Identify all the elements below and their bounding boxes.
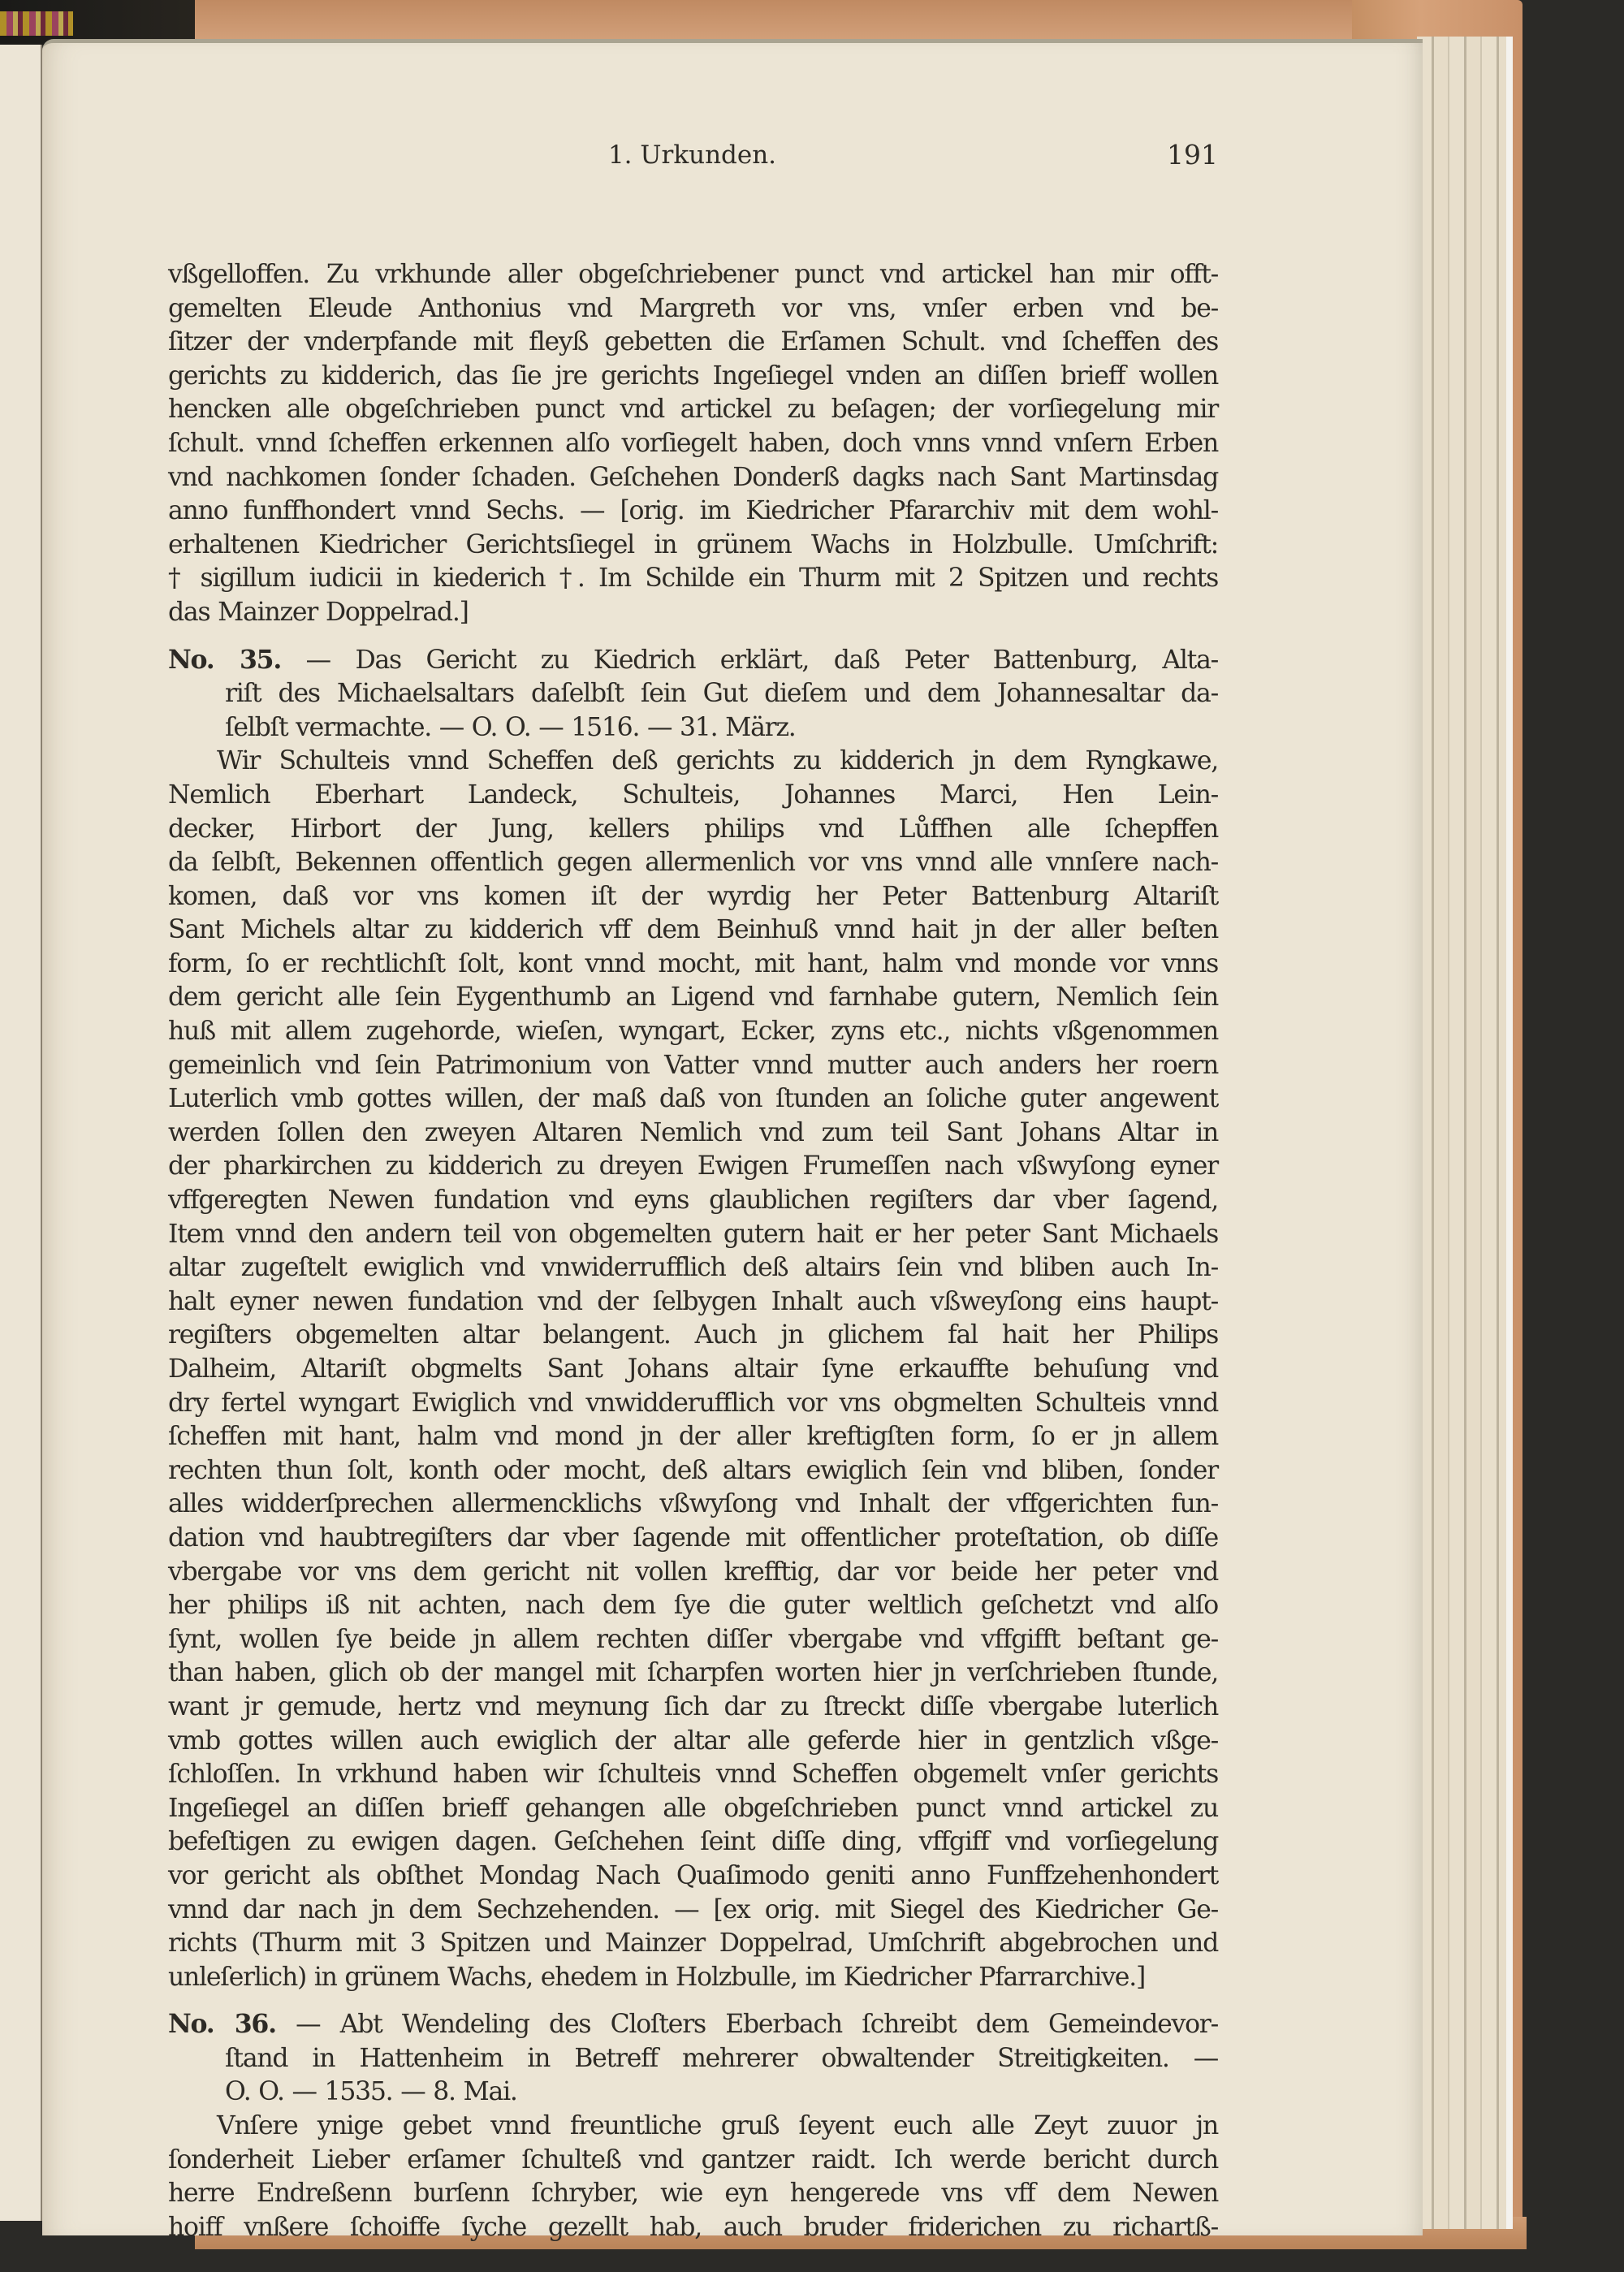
text-line: vmb gottes willen auch ewiglich der alta… (168, 1725, 1218, 1759)
entry-heading-line: ſelbſt vermachte. — O. O. — 1516. — 31. … (168, 711, 1218, 745)
text-line: dation vnd haubtregiſters dar vber ſagen… (168, 1522, 1218, 1556)
text-line: richts (Thurm mit 3 Spitzen und Mainzer … (168, 1927, 1218, 1961)
entry-heading-line: O. O. — 1535. — 8. Mai. (168, 2075, 1218, 2110)
book-headband (0, 11, 73, 36)
text-line: want jr gemude, hertz vnd meynung ſich d… (168, 1691, 1218, 1725)
text-line: Dalheim, Altariſt obgmelts Sant Johans a… (168, 1353, 1218, 1387)
section-title: 1. Urkunden. (166, 140, 1218, 170)
page-body: vßgelloffen. Zu vrkhunde aller obgeſchri… (168, 258, 1218, 2244)
text-line: befeſtigen zu ewigen dagen. Geſchehen ſe… (168, 1825, 1218, 1859)
text-line: werden ſollen den zweyen Altaren Nemlich… (168, 1117, 1218, 1151)
text-line: unleſerlich) in grünem Wachs, ehedem in … (168, 1961, 1218, 1995)
entry-number: No. 35. (168, 645, 281, 675)
text-line: ſonderheit Lieber erſamer ſchulteß vnd g… (168, 2144, 1218, 2178)
text-line: Wir Schulteis vnnd Scheffen deß gerichts… (168, 745, 1218, 779)
text-line: vor gericht als obſthet Mondag Nach Quaſ… (168, 1859, 1218, 1894)
text-line: altar zugeſtelt ewiglich vnd vnwiderruff… (168, 1251, 1218, 1285)
entry-heading-line: No. 36. — Abt Wendeling des Cloſters Ebe… (168, 2007, 1218, 2042)
text-line: regiſters obgemelten altar belangent. Au… (168, 1319, 1218, 1353)
text-line: decker, Hirbort der Jung, kellers philip… (168, 813, 1218, 847)
text-line: dry fertel wyngart Ewiglich vnd vnwidder… (168, 1387, 1218, 1421)
text-line: da ſelbſt, Bekennen offentlich gegen all… (168, 846, 1218, 880)
text-line: das Mainzer Doppelrad.] (168, 596, 1218, 630)
text-line: ſchloſſen. In vrkhund haben wir ſchultei… (168, 1758, 1218, 1792)
text-line: gemeinlich vnd ſein Patrimonium von Vatt… (168, 1049, 1218, 1083)
text-line: anno funffhondert vnnd Sechs. — [orig. i… (168, 495, 1218, 529)
entry-heading-line: ſtand in Hattenheim in Betreff mehrerer … (168, 2042, 1218, 2076)
text-line: ſynt, wollen ſye beide jn allem rechten … (168, 1623, 1218, 1657)
text-line: vbergabe vor vns dem gericht nit vollen … (168, 1556, 1218, 1590)
text-line: Ingeſiegel an diſſen brieff gehangen all… (168, 1792, 1218, 1826)
text-line: Nemlich Eberhart Landeck, Schulteis, Joh… (168, 779, 1218, 813)
text-line: halt eyner newen fundation vnd der ſelby… (168, 1285, 1218, 1320)
text-line: komen, daß vor vns komen iſt der wyrdig … (168, 880, 1218, 914)
text-line: ſcheffen mit hant, halm vnd mond jn der … (168, 1420, 1218, 1454)
continuation-paragraph: vßgelloffen. Zu vrkhunde aller obgeſchri… (168, 258, 1218, 630)
page-number: 191 (1167, 139, 1218, 171)
text-line: dem gericht alle ſein Eygenthumb an Lige… (168, 981, 1218, 1015)
book-cover-top (195, 0, 1502, 41)
entry-36: No. 36. — Abt Wendeling des Cloſters Ebe… (168, 2007, 1218, 2244)
text-line: erhaltenen Kiedricher Gerichtsſiegel in … (168, 529, 1218, 563)
running-head: 1. Urkunden. 191 (166, 140, 1218, 181)
text-line: Item vnnd den andern teil von obgemelten… (168, 1218, 1218, 1252)
text-line: huß mit allem zugehorde, wieſen, wyngart… (168, 1015, 1218, 1049)
text-line: gemelten Eleude Anthonius vnd Margreth v… (168, 292, 1218, 326)
text-line: gerichts zu kidderich, das ſie jre geric… (168, 360, 1218, 394)
text-line: rechten thun ſolt, konth oder mocht, deß… (168, 1454, 1218, 1488)
text-line: ſitzer der vnderpfande mit fleyß gebette… (168, 326, 1218, 360)
text-line: Sant Michels altar zu kidderich vff dem … (168, 914, 1218, 948)
entry-35: No. 35. — Das Gericht zu Kiedrich erklär… (168, 643, 1218, 1995)
text-line: Luterlich vmb gottes willen, der maß daß… (168, 1082, 1218, 1117)
text-line: her philips iß nit achten, nach dem ſye … (168, 1589, 1218, 1623)
text-line: Vnſere ynige gebet vnnd freuntliche gruß… (168, 2110, 1218, 2144)
text-line: than haben, glich ob der mangel mit ſcha… (168, 1656, 1218, 1691)
text-line: herre Endreßenn burſenn ſchryber, wie ey… (168, 2177, 1218, 2211)
entry-heading-line: riſt des Michaelsaltars daſelbſt ſein Gu… (168, 677, 1218, 711)
entry-heading-line: No. 35. — Das Gericht zu Kiedrich erklär… (168, 643, 1218, 678)
text-line: hencken alle obgeſchrieben punct vnd art… (168, 393, 1218, 427)
text-line: † sigillum iudicii in kiederich †. Im Sc… (168, 562, 1218, 596)
text-line: der pharkirchen zu kidderich zu dreyen E… (168, 1150, 1218, 1184)
text-line: vnnd dar nach jn dem Sechzehenden. — [ex… (168, 1894, 1218, 1928)
text-line: vffgeregten Newen fundation vnd eyns gla… (168, 1184, 1218, 1218)
text-line: vnd nachkomen ſonder ſchaden. Geſchehen … (168, 461, 1218, 495)
text-line: vßgelloffen. Zu vrkhunde aller obgeſchri… (168, 258, 1218, 292)
page-edges (1417, 37, 1513, 2229)
text-line: ſchult. vnnd ſcheffen erkennen alſo vorſ… (168, 427, 1218, 461)
text-line: hoiff vnßere ſchoiffe ſyche gezellt hab,… (168, 2211, 1218, 2245)
facing-page-edge (0, 45, 42, 2221)
text-line: form, ſo er rechtlichſt ſolt, kont vnnd … (168, 948, 1218, 982)
entry-number: No. 36. (168, 2009, 276, 2039)
text-line: alles widderſprechen allermencklichs vßw… (168, 1488, 1218, 1522)
